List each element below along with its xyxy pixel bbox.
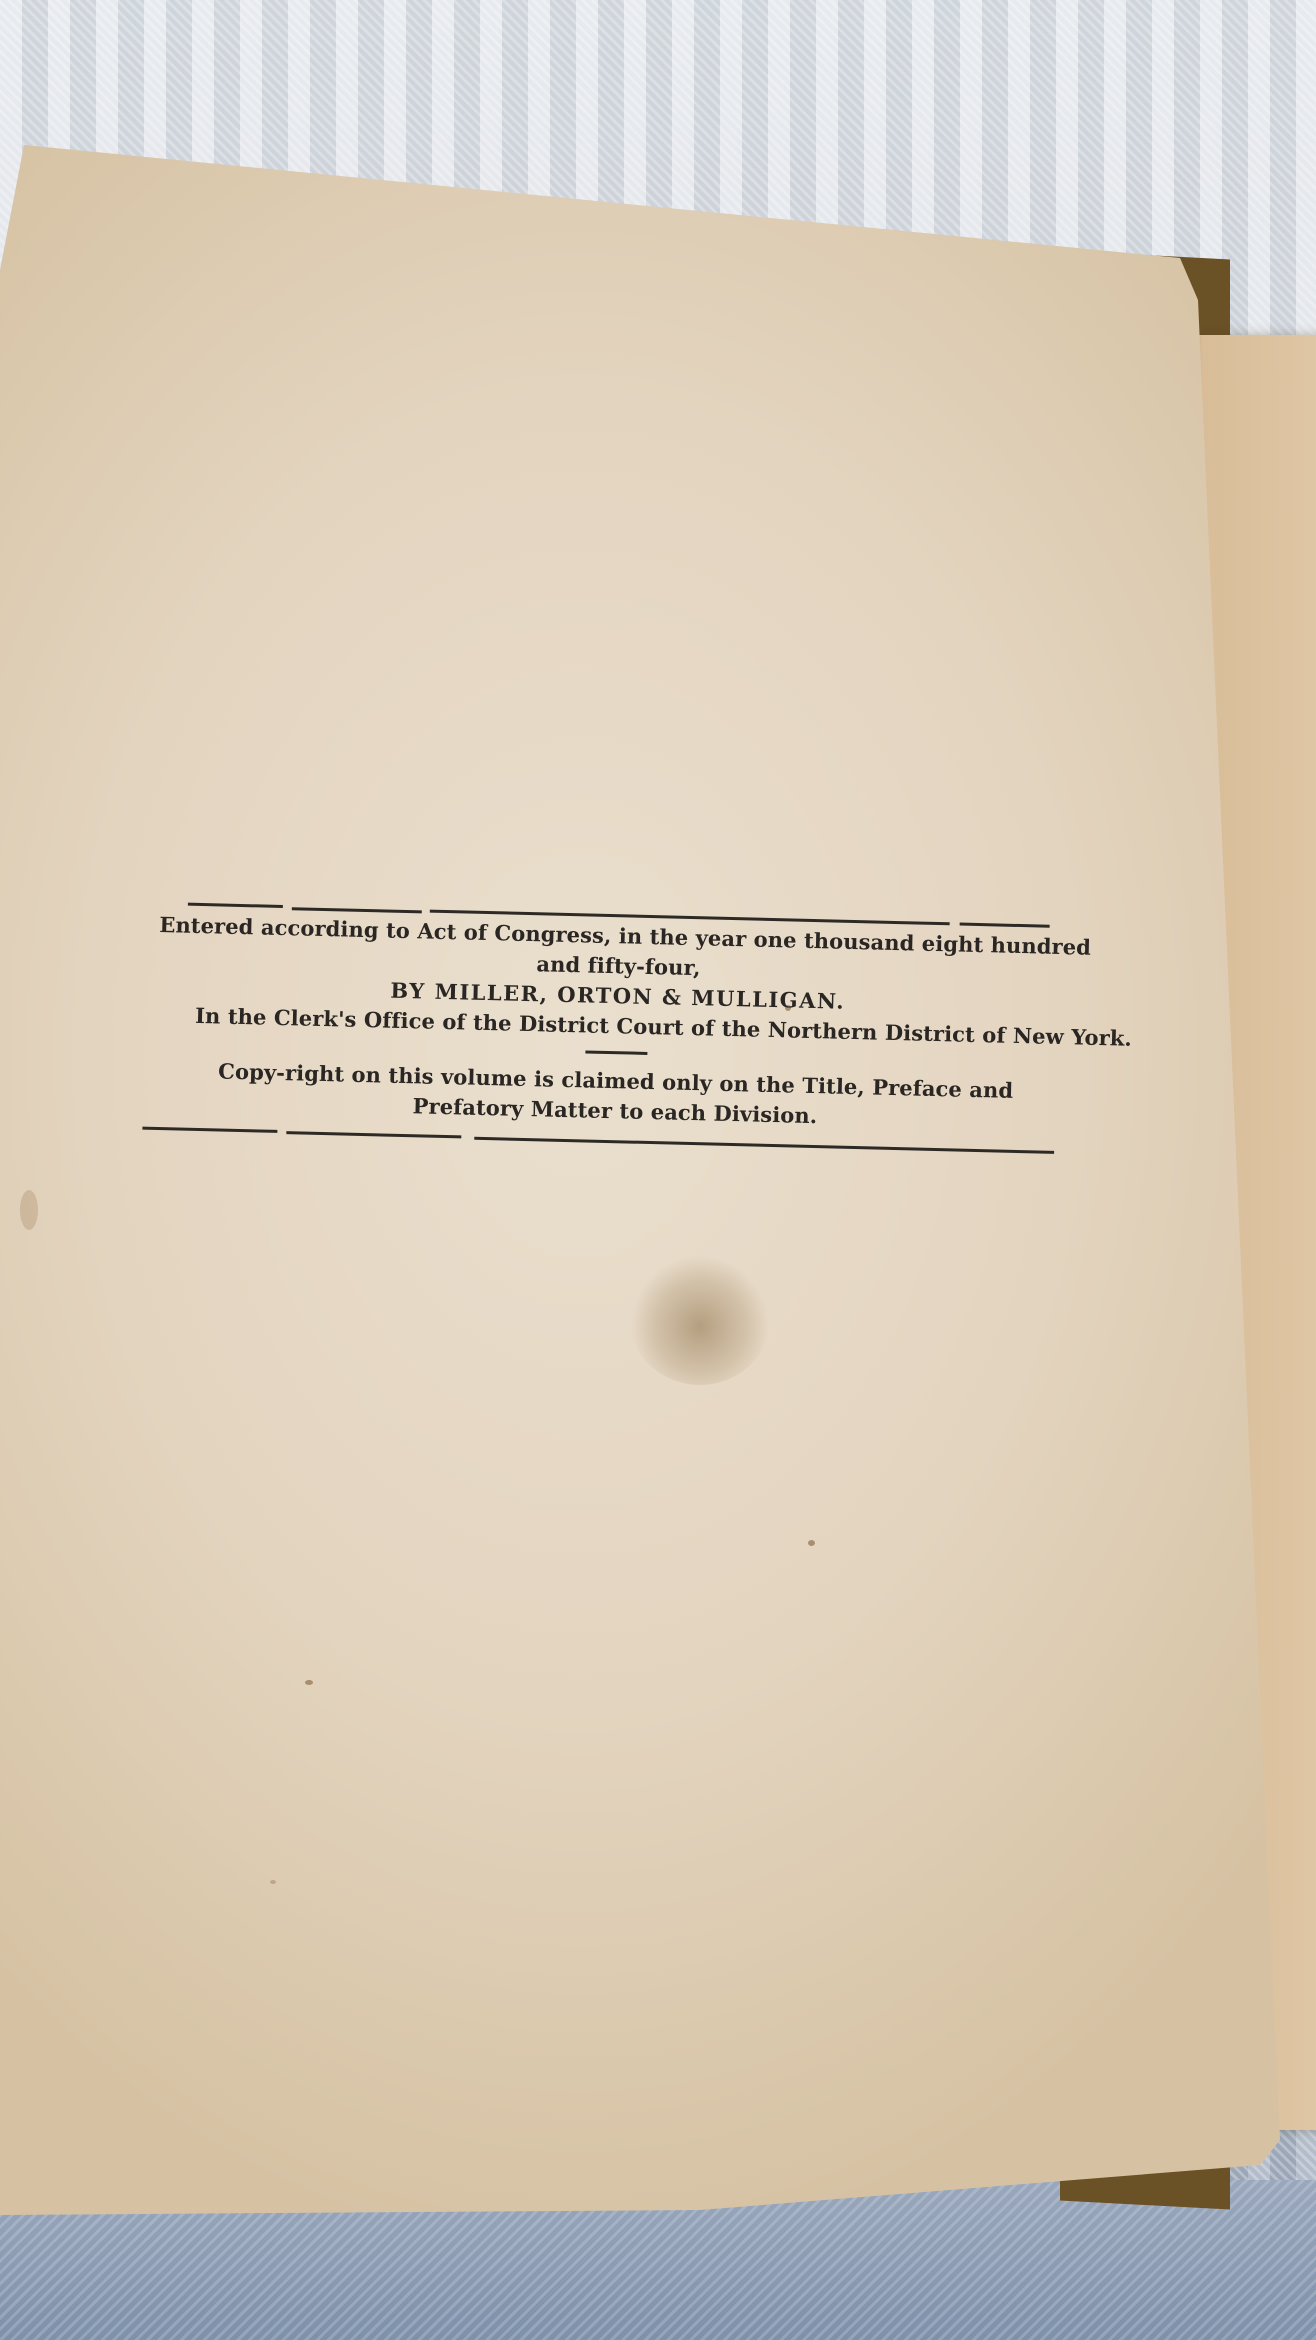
foxing-spot xyxy=(20,1190,38,1230)
foxing-spot xyxy=(808,1540,815,1546)
foxing-spot xyxy=(270,1880,276,1884)
book-page: Entered according to Act of Congress, in… xyxy=(0,0,1290,2340)
foxing-spot xyxy=(305,1680,313,1685)
divider-rule xyxy=(585,1050,647,1055)
copyright-imprint: Entered according to Act of Congress, in… xyxy=(154,900,1079,1157)
page-stain xyxy=(630,1255,770,1385)
